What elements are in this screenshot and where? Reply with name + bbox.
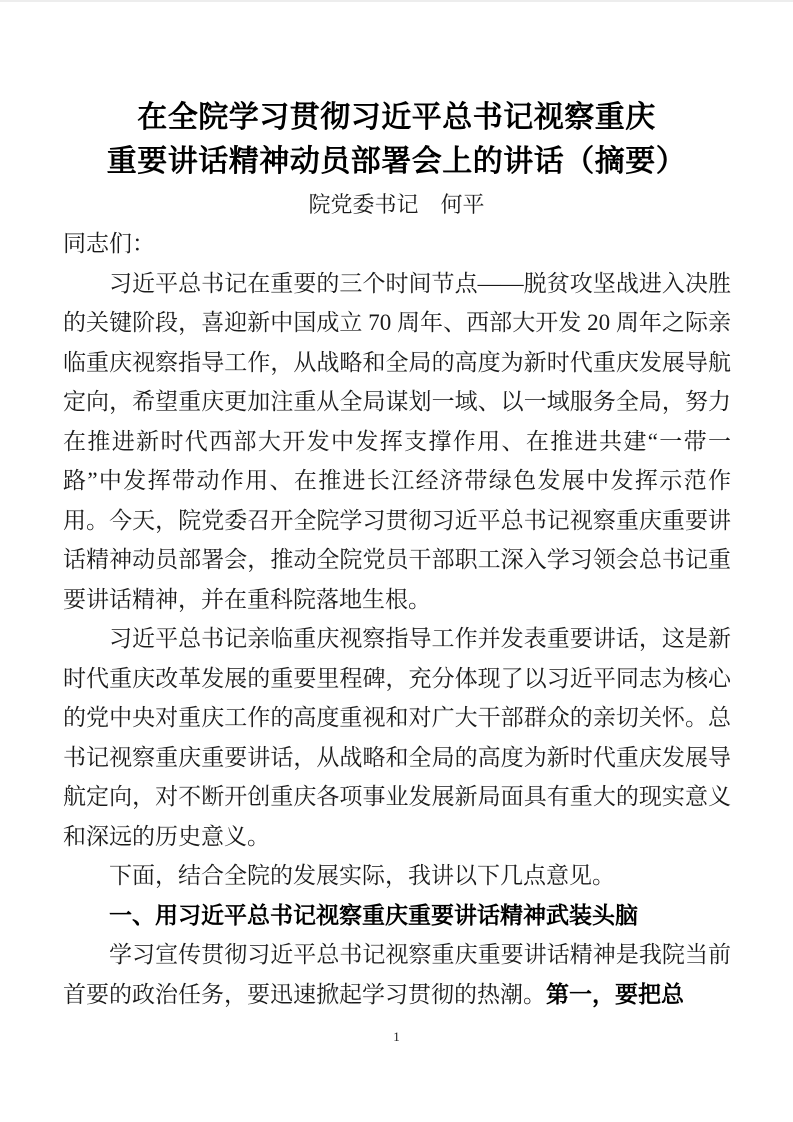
document-page: 在全院学习贯彻习近平总书记视察重庆 重要讲话精神动员部署会上的讲话（摘要） 院党… bbox=[0, 0, 793, 1122]
salutation: 同志们： bbox=[63, 224, 731, 264]
document-title-line-1: 在全院学习贯彻习近平总书记视察重庆 bbox=[0, 96, 793, 140]
document-title-line-2: 重要讲话精神动员部署会上的讲话（摘要） bbox=[0, 140, 793, 184]
page-number: 1 bbox=[0, 1028, 793, 1046]
paragraph-3: 下面，结合全院的发展实际，我讲以下几点意见。 bbox=[63, 856, 731, 896]
paragraph-1: 习近平总书记在重要的三个时间节点——脱贫攻坚战进入决胜的关键阶段，喜迎新中国成立… bbox=[63, 264, 731, 620]
paragraph-4: 学习宣传贯彻习近平总书记视察重庆重要讲话精神是我院当前首要的政治任务，要迅速掀起… bbox=[63, 935, 731, 1014]
author-byline: 院党委书记 何平 bbox=[0, 189, 793, 221]
document-title: 在全院学习贯彻习近平总书记视察重庆 重要讲话精神动员部署会上的讲话（摘要） bbox=[0, 2, 793, 184]
paragraph-4-bold-text: 第一，要把总 bbox=[546, 981, 684, 1007]
section-1-heading: 一、用习近平总书记视察重庆重要讲话精神武装头脑 bbox=[63, 896, 731, 936]
document-body: 同志们： 习近平总书记在重要的三个时间节点——脱贫攻坚战进入决胜的关键阶段，喜迎… bbox=[63, 224, 731, 1014]
paragraph-2: 习近平总书记亲临重庆视察指导工作并发表重要讲话，这是新时代重庆改革发展的重要里程… bbox=[63, 619, 731, 856]
